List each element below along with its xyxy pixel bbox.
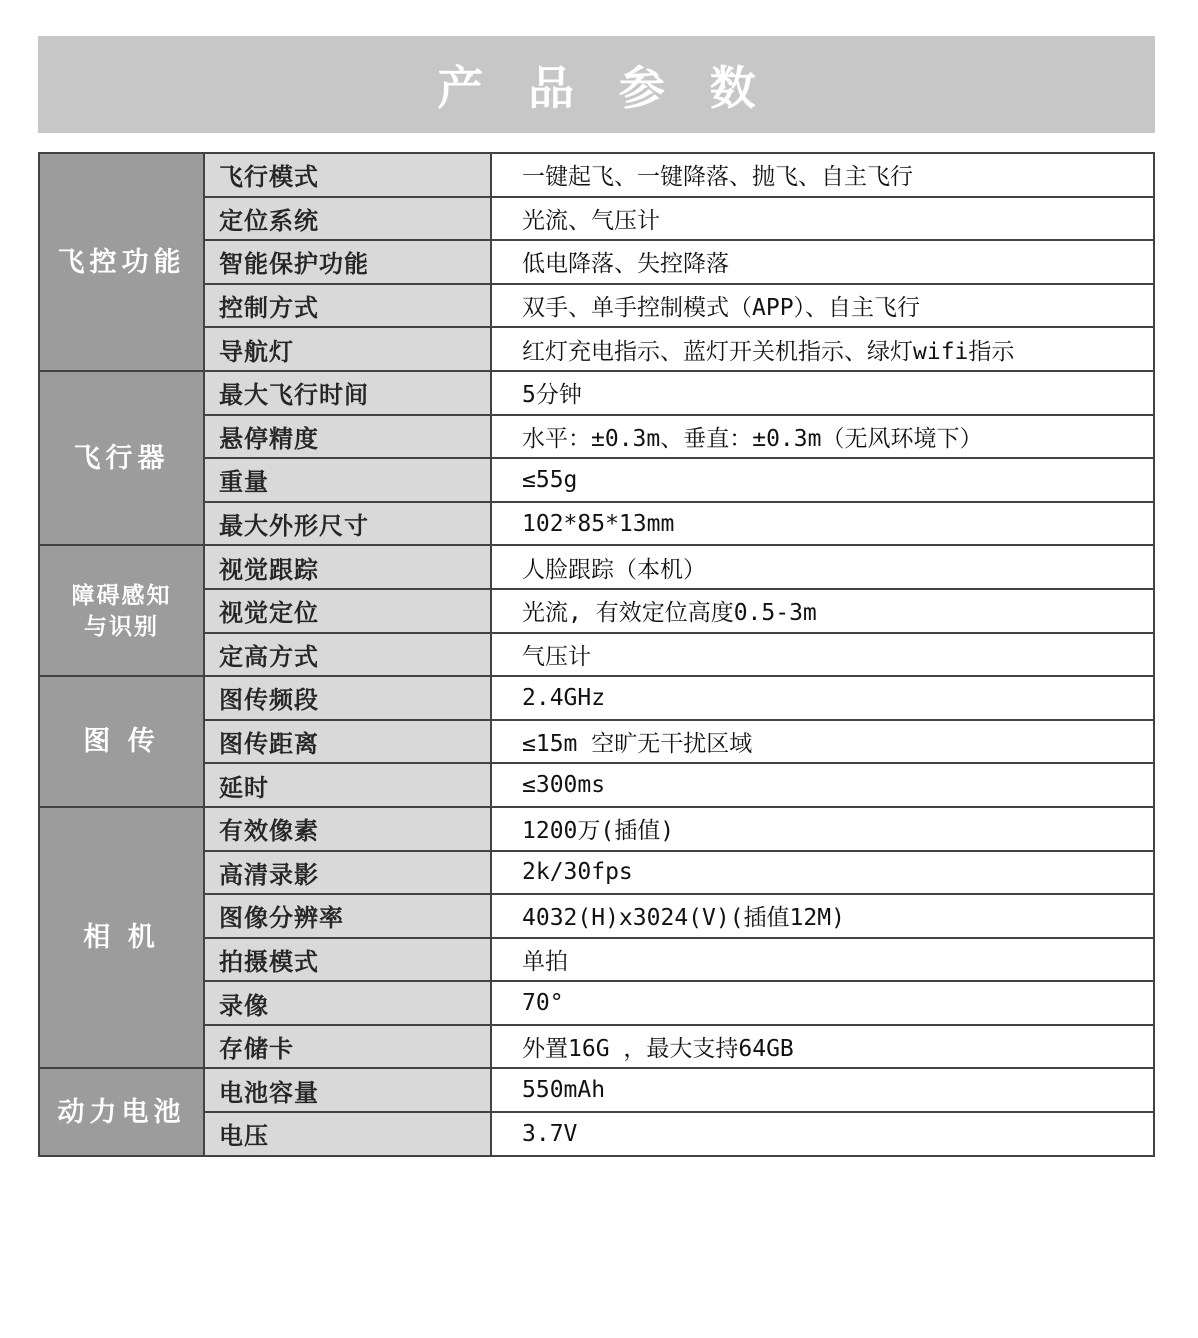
category-cell: 动力电池	[39, 1068, 204, 1155]
param-value: 双手、单手控制模式（APP）、自主飞行	[491, 284, 1154, 328]
param-label: 电池容量	[204, 1068, 491, 1112]
category-cell: 飞控功能	[39, 153, 204, 371]
table-row: 智能保护功能低电降落、失控降落	[39, 240, 1154, 284]
category-cell: 飞行器	[39, 371, 204, 545]
table-row: 定高方式气压计	[39, 633, 1154, 677]
table-row: 最大外形尺寸102*85*13mm	[39, 502, 1154, 546]
param-label: 重量	[204, 458, 491, 502]
param-value: 红灯充电指示、蓝灯开关机指示、绿灯wifi指示	[491, 327, 1154, 371]
param-label: 定高方式	[204, 633, 491, 677]
param-value: 人脸跟踪（本机）	[491, 545, 1154, 589]
param-label: 有效像素	[204, 807, 491, 851]
table-row: 图像分辨率4032(H)x3024(V)(插值12M)	[39, 894, 1154, 938]
table-row: 高清录影2k/30fps	[39, 851, 1154, 895]
param-value: 70°	[491, 981, 1154, 1025]
param-value: 光流、气压计	[491, 197, 1154, 241]
param-value: 3.7V	[491, 1112, 1154, 1156]
param-value: ≤15m 空旷无干扰区域	[491, 720, 1154, 764]
param-label: 定位系统	[204, 197, 491, 241]
title-bar: 产 品 参 数	[38, 36, 1155, 133]
param-label: 存储卡	[204, 1025, 491, 1069]
param-label: 录像	[204, 981, 491, 1025]
param-value: 水平：±0.3m、垂直：±0.3m（无风环境下）	[491, 415, 1154, 459]
table-row: 重量≤55g	[39, 458, 1154, 502]
param-value: 2k/30fps	[491, 851, 1154, 895]
table-row: 悬停精度水平：±0.3m、垂直：±0.3m（无风环境下）	[39, 415, 1154, 459]
param-value: 外置16G ，最大支持64GB	[491, 1025, 1154, 1069]
param-label: 延时	[204, 763, 491, 807]
param-label: 最大飞行时间	[204, 371, 491, 415]
param-value: 550mAh	[491, 1068, 1154, 1112]
table-row: 障碍感知 与识别视觉跟踪人脸跟踪（本机）	[39, 545, 1154, 589]
param-value: 1200万(插值)	[491, 807, 1154, 851]
param-value: 102*85*13mm	[491, 502, 1154, 546]
table-row: 存储卡外置16G ，最大支持64GB	[39, 1025, 1154, 1069]
page-title: 产 品 参 数	[421, 52, 771, 118]
table-row: 飞控功能飞行模式一键起飞、一键降落、抛飞、自主飞行	[39, 153, 1154, 197]
param-label: 飞行模式	[204, 153, 491, 197]
param-value: ≤55g	[491, 458, 1154, 502]
param-value: ≤300ms	[491, 763, 1154, 807]
param-label: 最大外形尺寸	[204, 502, 491, 546]
param-label: 悬停精度	[204, 415, 491, 459]
param-label: 控制方式	[204, 284, 491, 328]
param-label: 图传距离	[204, 720, 491, 764]
table-row: 动力电池电池容量550mAh	[39, 1068, 1154, 1112]
table-row: 定位系统光流、气压计	[39, 197, 1154, 241]
param-label: 智能保护功能	[204, 240, 491, 284]
table-row: 图传距离≤15m 空旷无干扰区域	[39, 720, 1154, 764]
param-label: 电压	[204, 1112, 491, 1156]
param-value: 2.4GHz	[491, 676, 1154, 720]
category-cell: 相 机	[39, 807, 204, 1069]
category-cell: 障碍感知 与识别	[39, 545, 204, 676]
param-value: 4032(H)x3024(V)(插值12M)	[491, 894, 1154, 938]
table-row: 拍摄模式单拍	[39, 938, 1154, 982]
param-label: 视觉跟踪	[204, 545, 491, 589]
table-row: 电压3.7V	[39, 1112, 1154, 1156]
table-row: 飞行器最大飞行时间5分钟	[39, 371, 1154, 415]
table-row: 录像70°	[39, 981, 1154, 1025]
param-value: 光流, 有效定位高度0.5-3m	[491, 589, 1154, 633]
table-row: 相 机有效像素1200万(插值)	[39, 807, 1154, 851]
param-value: 气压计	[491, 633, 1154, 677]
param-value: 单拍	[491, 938, 1154, 982]
param-value: 5分钟	[491, 371, 1154, 415]
table-row: 图 传图传频段2.4GHz	[39, 676, 1154, 720]
param-label: 拍摄模式	[204, 938, 491, 982]
category-cell: 图 传	[39, 676, 204, 807]
param-label: 导航灯	[204, 327, 491, 371]
param-label: 图像分辨率	[204, 894, 491, 938]
spec-table: 飞控功能飞行模式一键起飞、一键降落、抛飞、自主飞行定位系统光流、气压计智能保护功…	[38, 152, 1155, 1157]
table-row: 视觉定位光流, 有效定位高度0.5-3m	[39, 589, 1154, 633]
param-label: 图传频段	[204, 676, 491, 720]
param-label: 高清录影	[204, 851, 491, 895]
param-label: 视觉定位	[204, 589, 491, 633]
table-row: 导航灯红灯充电指示、蓝灯开关机指示、绿灯wifi指示	[39, 327, 1154, 371]
param-value: 低电降落、失控降落	[491, 240, 1154, 284]
spec-table-body: 飞控功能飞行模式一键起飞、一键降落、抛飞、自主飞行定位系统光流、气压计智能保护功…	[39, 153, 1154, 1156]
table-row: 控制方式双手、单手控制模式（APP）、自主飞行	[39, 284, 1154, 328]
table-row: 延时≤300ms	[39, 763, 1154, 807]
product-spec-page: 产 品 参 数 飞控功能飞行模式一键起飞、一键降落、抛飞、自主飞行定位系统光流、…	[0, 0, 1198, 1338]
param-value: 一键起飞、一键降落、抛飞、自主飞行	[491, 153, 1154, 197]
